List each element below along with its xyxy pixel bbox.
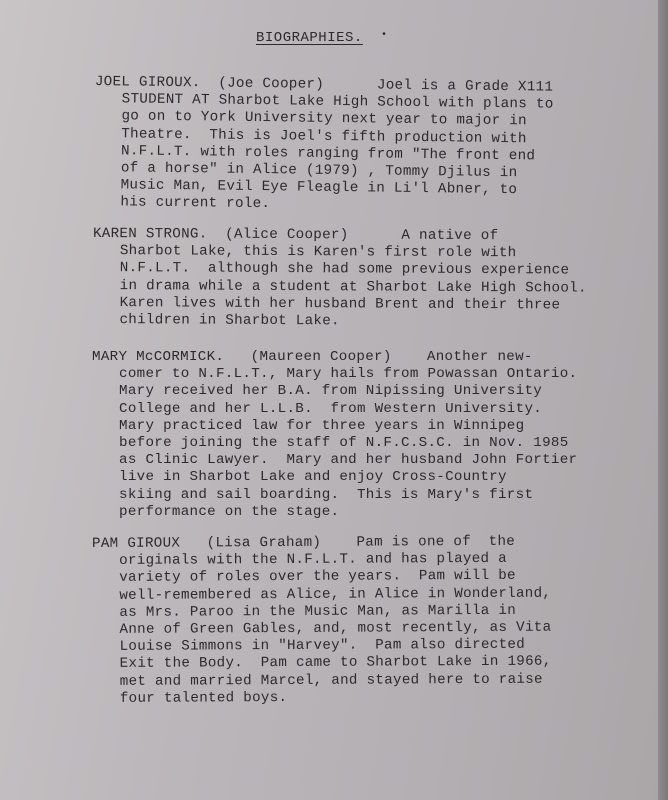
biography-text-line: before joining the staff of N.F.C.S.C. i…	[92, 435, 577, 452]
biography-heading-line: MARY McCORMICK. (Maureen Cooper) Another…	[92, 349, 577, 366]
biography-text-line: met and married Marcel, and stayed here …	[93, 671, 552, 691]
biography-text-line: comer to N.F.L.T., Mary hails from Powas…	[92, 366, 577, 383]
biography-text-line: Exit the Body. Pam came to Sharbot Lake …	[93, 654, 552, 674]
page-title: BIOGRAPHIES.	[256, 30, 363, 46]
biography-text-line: Mary received her B.A. from Nipissing Un…	[92, 383, 577, 400]
biography-text-line: skiing and sail boarding. This is Mary's…	[92, 487, 577, 504]
biography-text-line: as Clinic Lawyer. Mary and her husband J…	[92, 452, 577, 469]
biography-text-line: College and her L.L.B. from Western Univ…	[92, 401, 577, 418]
biography-text-line: well-remembered as Alice, in Alice in Wo…	[92, 585, 551, 605]
biography-text-line: variety of roles over the years. Pam wil…	[92, 568, 551, 588]
biography-text-line: Mary practiced law for three years in Wi…	[92, 418, 577, 435]
page-edge-shadow	[658, 0, 668, 800]
biography-pam-giroux: PAM GIROUX (Lisa Graham) Pam is one of t…	[92, 534, 552, 708]
biography-karen-strong: KAREN STRONG. (Alice Cooper) A native of…	[92, 226, 587, 332]
biography-text-line: four talented boys.	[93, 688, 552, 708]
biography-text-line: performance on the stage.	[92, 504, 577, 521]
biography-text-line: live in Sharbot Lake and enjoy Cross-Cou…	[92, 469, 577, 486]
biography-mary-mccormick: MARY McCORMICK. (Maureen Cooper) Another…	[92, 349, 577, 521]
biography-text-line: N.F.L.T. although she had some previous …	[93, 260, 587, 280]
biography-text-line: children in Sharbot Lake.	[92, 312, 586, 332]
biography-joel-giroux: JOEL GIROUX. (Joe Cooper) Joel is a Grad…	[93, 74, 554, 217]
document-page: BIOGRAPHIES. • JOEL GIROUX. (Joe Cooper)…	[0, 0, 658, 800]
ink-dot: •	[381, 30, 387, 41]
